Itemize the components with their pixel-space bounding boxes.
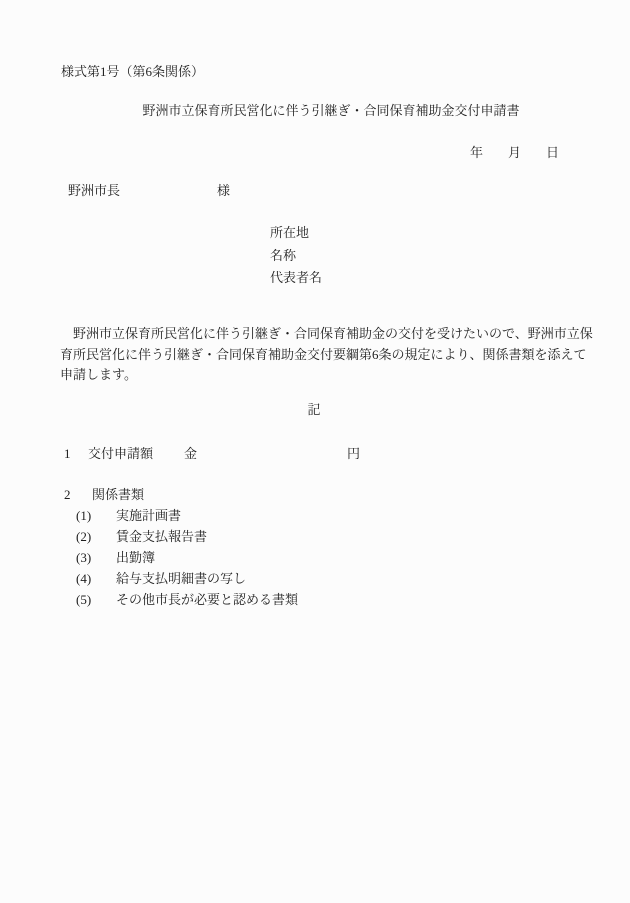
form-number: 様式第1号（第6条関係） <box>61 65 204 78</box>
amount-currency-prefix: 金 <box>184 447 197 460</box>
date-line: 年 月 日 <box>470 146 559 159</box>
documents-item-label: 関係書類 <box>92 488 144 501</box>
document-title: 野洲市立保育所民営化に伴う引継ぎ・合同保育補助金交付申請書 <box>64 104 598 117</box>
amount-currency-suffix: 円 <box>347 447 360 460</box>
date-month-label: 月 <box>508 146 521 159</box>
body-line: 野洲市立保育所民営化に伴う引継ぎ・合同保育補助金の交付を受けたいので、野洲市立保 <box>60 324 600 345</box>
amount-item-label: 交付申請額 <box>88 447 153 460</box>
addressee-name: 野洲市長 <box>68 184 120 197</box>
document-list-item-label: その他市長が必要と認める書類 <box>116 593 298 606</box>
applicant-block: 所在地 名称 代表者名 <box>270 222 322 290</box>
document-list-item: (2) 賃金支払報告書 <box>0 530 630 546</box>
body-line: 育所民営化に伴う引継ぎ・合同保育補助金交付要綱第6条の規定により、関係書類を添え… <box>60 345 600 366</box>
documents-item-number: 2 <box>64 488 71 501</box>
addressee-line: 野洲市長 様 <box>0 184 630 200</box>
document-list-item: (3) 出勤簿 <box>0 551 630 567</box>
document-list-item-number: (1) <box>76 509 91 522</box>
applicant-name-label: 名称 <box>270 245 322 268</box>
applicant-address-label: 所在地 <box>270 222 322 245</box>
document-page: 様式第1号（第6条関係） 野洲市立保育所民営化に伴う引継ぎ・合同保育補助金交付申… <box>0 0 630 903</box>
document-list-item-number: (2) <box>76 530 91 543</box>
body-paragraph: 野洲市立保育所民営化に伴う引継ぎ・合同保育補助金の交付を受けたいので、野洲市立保… <box>60 324 600 386</box>
record-marker: 記 <box>47 403 581 416</box>
document-list-item-label: 実施計画書 <box>116 509 181 522</box>
applicant-representative-label: 代表者名 <box>270 267 322 290</box>
amount-row: 1 交付申請額 金 円 <box>0 447 630 463</box>
document-list-item-number: (3) <box>76 551 91 564</box>
document-list-item-label: 出勤簿 <box>116 551 155 564</box>
addressee-honorific: 様 <box>217 184 230 197</box>
document-list-item-label: 給与支払明細書の写し <box>116 572 246 585</box>
document-list-item: (1) 実施計画書 <box>0 509 630 525</box>
document-list-item-label: 賃金支払報告書 <box>116 530 207 543</box>
document-list-item: (5) その他市長が必要と認める書類 <box>0 593 630 609</box>
document-list-item-number: (4) <box>76 572 91 585</box>
date-year-label: 年 <box>470 146 483 159</box>
amount-item-number: 1 <box>64 447 71 460</box>
document-list-item: (4) 給与支払明細書の写し <box>0 572 630 588</box>
document-list-item-number: (5) <box>76 593 91 606</box>
body-line: 申請します。 <box>60 365 600 386</box>
documents-section-header: 2 関係書類 <box>0 488 630 504</box>
date-day-label: 日 <box>546 146 559 159</box>
